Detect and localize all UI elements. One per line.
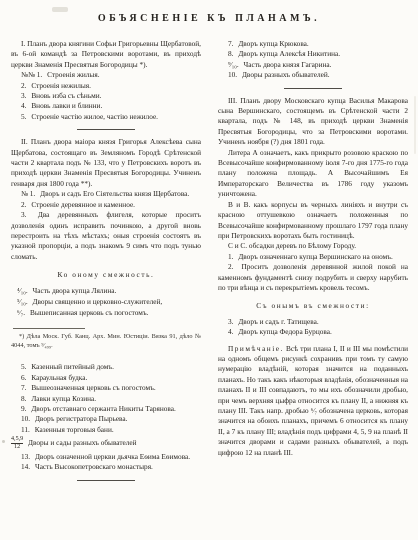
list-item: 5. Строеніе частію жилое, частію нежилое… bbox=[11, 112, 201, 122]
list-item: 11. Казенныя торговыя бани. bbox=[11, 425, 201, 435]
item-number: 2. bbox=[228, 262, 233, 271]
item-text: Дворъ и садъ Его Сіятельства князя Щерба… bbox=[40, 189, 189, 198]
list-item: ⁴⁄₁₀. Часть двора купца Лялина. bbox=[11, 286, 201, 296]
list-item: 8. Лавки купца Козина. bbox=[11, 394, 201, 404]
two-column-layout: I. Планъ двора княгини Софьи Григорьевны… bbox=[0, 24, 418, 488]
fraction-denominator: 12 bbox=[11, 443, 23, 451]
item-number: 5. bbox=[21, 112, 26, 121]
item-number: 11. bbox=[21, 425, 30, 434]
litera-a-paragraph: Литера А означаетъ, какъ прикрыто розово… bbox=[218, 148, 408, 200]
fraction-numerator: 4,5,9 bbox=[11, 436, 23, 443]
list-item: ⁵⁄₁₀. Дворы священно и церковно-служител… bbox=[11, 297, 201, 307]
item-text: Дворъ отставнаго сержанта Никиты Тарянов… bbox=[31, 404, 176, 413]
stacked-fraction: 4,5,912 bbox=[11, 436, 23, 451]
list-item: 8. Дворъ купца Алексѣя Никитина. bbox=[218, 49, 408, 59]
list-item: 2. Строенія нежилыя. bbox=[11, 81, 201, 91]
item-number: 4. bbox=[21, 101, 26, 110]
list-item: 10. Дворъ регистратора Пырьева. bbox=[11, 414, 201, 424]
item-text: Вышеписанная церковь съ погостомъ. bbox=[30, 308, 149, 317]
note-paragraph: Примѣчаніе. Всѣ три плана I, II и III мы… bbox=[218, 344, 408, 458]
list-item: 1. Дворъ означеннаго купца Вершинскаго н… bbox=[218, 252, 408, 262]
note-text: Всѣ три плана I, II и III мы помѣстили н… bbox=[218, 344, 408, 457]
list-item: 4. Вновь лавки и блинни. bbox=[11, 101, 201, 111]
item-number: 10. bbox=[228, 70, 237, 79]
item-number: 14. bbox=[21, 462, 30, 471]
item-fraction: ⁴⁄₁₀. bbox=[17, 286, 28, 295]
list-item: 14. Часть Высокопетровскаго монастыря. bbox=[11, 462, 201, 472]
item-text: Вновь изба съ сѣньми. bbox=[31, 91, 101, 100]
item-number: № 1. bbox=[21, 189, 35, 198]
list-item: 13. Дворъ означенной церкви дьячка Еѳима… bbox=[11, 452, 201, 462]
list-item: ⁹⁄₁₀. Часть двора князя Гагарина. bbox=[218, 60, 408, 70]
item-number: 3. bbox=[21, 91, 26, 100]
note-label: Примѣчаніе. bbox=[228, 344, 284, 353]
item-text: Дворъ регистратора Пырьева. bbox=[35, 414, 128, 423]
item-text: Караульная будка. bbox=[31, 373, 87, 382]
item-number: №№ 1. bbox=[21, 70, 42, 79]
list-item: 2. Проситъ дозволенія деревянной жилой п… bbox=[218, 262, 408, 293]
item-text: Дворы священно и церковно-служителей, bbox=[33, 297, 163, 306]
litera-b-paragraph: В и В. какъ корпусы въ черныхъ линіяхъ и… bbox=[218, 200, 408, 242]
item-text: Казенный питейный домъ. bbox=[31, 362, 114, 371]
item-number: 3. bbox=[228, 317, 233, 326]
item-text: Вновь лавки и блинни. bbox=[31, 101, 102, 110]
item-text: Дворы и сады разныхъ обывателей bbox=[28, 438, 137, 447]
list-item: 5. Казенный питейный домъ. bbox=[11, 362, 201, 372]
item-text: Вышеозначенная церковь съ погостомъ. bbox=[31, 383, 155, 392]
item-fraction: ⁶⁄₇. bbox=[17, 308, 25, 317]
item-text: Часть двора купца Лялина. bbox=[33, 286, 117, 295]
item-number: 2. bbox=[21, 81, 26, 90]
item-number: 5. bbox=[21, 362, 26, 371]
section-divider bbox=[284, 88, 342, 89]
page-title: ОБЪЯСНЕНІЕ КЪ ПЛАНАМЪ. bbox=[0, 0, 418, 24]
item-text: Дворъ означенной церкви дьячка Еѳима Еѳи… bbox=[35, 452, 190, 461]
footnote: *) Дѣла Моск. Губ. Канц. Арх. Мин. Юстиц… bbox=[11, 333, 201, 351]
column-gap bbox=[11, 350, 201, 362]
list-item: 4. Дворъ купца Федора Бурцова. bbox=[218, 327, 408, 337]
list-item: 7. Дворъ купца Крюкова. bbox=[218, 39, 408, 49]
item-text: Строенія нежилыя. bbox=[31, 81, 91, 90]
list-item: 3. Два деревянныхъ флигеля, которые прос… bbox=[11, 210, 201, 262]
item-text: Дворы разныхъ обывателей. bbox=[242, 70, 330, 79]
smezhnost-heading: Съ онымъ въ смежности: bbox=[218, 301, 408, 311]
item-text: Дворъ означеннаго купца Вершинскаго на о… bbox=[238, 252, 392, 261]
scan-artifact bbox=[414, 96, 416, 154]
item-text: Строенія жилыя. bbox=[47, 70, 99, 79]
item-number: 6. bbox=[21, 373, 26, 382]
item-number: 7. bbox=[228, 39, 233, 48]
item-number: 3. bbox=[21, 210, 26, 219]
item-text: Проситъ дозволенія деревянной жилой поко… bbox=[218, 262, 408, 292]
item-text: Строеніе частію жилое, частію нежилое. bbox=[31, 112, 158, 121]
plan2-intro: II. Планъ двора маіора князя Григорья Ал… bbox=[11, 137, 201, 189]
list-item: 9. Дворъ отставнаго сержанта Никиты Таря… bbox=[11, 404, 201, 414]
item-number: 7. bbox=[21, 383, 26, 392]
plan1-intro: I. Планъ двора княгини Софьи Григорьевны… bbox=[11, 39, 201, 70]
item-number: 10. bbox=[21, 414, 30, 423]
litera-c-paragraph: С и С. обсадки деревъ по Бѣлому Городу. bbox=[218, 241, 408, 251]
list-item: №№ 1. Строенія жилыя. bbox=[11, 70, 201, 80]
item-text: Дворъ купца Алексѣя Никитина. bbox=[238, 49, 340, 58]
footnote-divider bbox=[13, 328, 85, 329]
item-text: Казенныя торговыя бани. bbox=[35, 425, 114, 434]
scan-artifact bbox=[2, 440, 5, 443]
list-item-stacked-fraction: 4,5,912 Дворы и сады разныхъ обывателей bbox=[11, 436, 201, 451]
item-text: Дворъ купца Крюкова. bbox=[238, 39, 308, 48]
list-item: 7. Вышеозначенная церковь съ погостомъ. bbox=[11, 383, 201, 393]
item-text: Строеніе деревянное и каменное. bbox=[31, 200, 135, 209]
list-item: 2. Строеніе деревянное и каменное. bbox=[11, 200, 201, 210]
item-text: Два деревянныхъ флигеля, которые проситъ… bbox=[11, 210, 201, 261]
item-fraction: ⁹⁄₁₀. bbox=[228, 60, 239, 69]
item-number: 1. bbox=[228, 252, 233, 261]
list-item: 6. Караульная будка. bbox=[11, 373, 201, 383]
item-text: Часть двора князя Гагарина. bbox=[244, 60, 332, 69]
item-number: 8. bbox=[21, 394, 26, 403]
scan-artifact bbox=[52, 7, 68, 12]
item-number: 4. bbox=[228, 327, 233, 336]
list-item: № 1. Дворъ и садъ Его Сіятельства князя … bbox=[11, 189, 201, 199]
plan3-intro: III. Планъ двору Московскаго купца Васил… bbox=[218, 96, 408, 148]
item-text: Дворъ купца Федора Бурцова. bbox=[238, 327, 331, 336]
item-text: Лавки купца Козина. bbox=[31, 394, 96, 403]
list-item: 3. Дворъ и садъ г. Татищева. bbox=[218, 317, 408, 327]
item-number: 2. bbox=[21, 200, 26, 209]
right-column: 7. Дворъ купца Крюкова. 8. Дворъ купца А… bbox=[218, 39, 408, 488]
item-fraction: ⁵⁄₁₀. bbox=[17, 297, 28, 306]
item-number: 13. bbox=[21, 452, 30, 461]
section-divider bbox=[77, 129, 135, 130]
left-column: I. Планъ двора княгини Софьи Григорьевны… bbox=[11, 39, 201, 488]
item-number: 9. bbox=[21, 404, 26, 413]
list-item: 10. Дворы разныхъ обывателей. bbox=[218, 70, 408, 80]
smezhnost-heading: Ко оному смежность. bbox=[11, 270, 201, 280]
list-item: ⁶⁄₇. Вышеписанная церковь съ погостомъ. bbox=[11, 308, 201, 318]
item-text: Часть Высокопетровскаго монастыря. bbox=[35, 462, 153, 471]
list-item: 3. Вновь изба съ сѣньми. bbox=[11, 91, 201, 101]
section-divider bbox=[77, 480, 135, 481]
document-page: ОБЪЯСНЕНІЕ КЪ ПЛАНАМЪ. I. Планъ двора кн… bbox=[0, 0, 418, 540]
item-number: 8. bbox=[228, 49, 233, 58]
item-text: Дворъ и садъ г. Татищева. bbox=[238, 317, 318, 326]
